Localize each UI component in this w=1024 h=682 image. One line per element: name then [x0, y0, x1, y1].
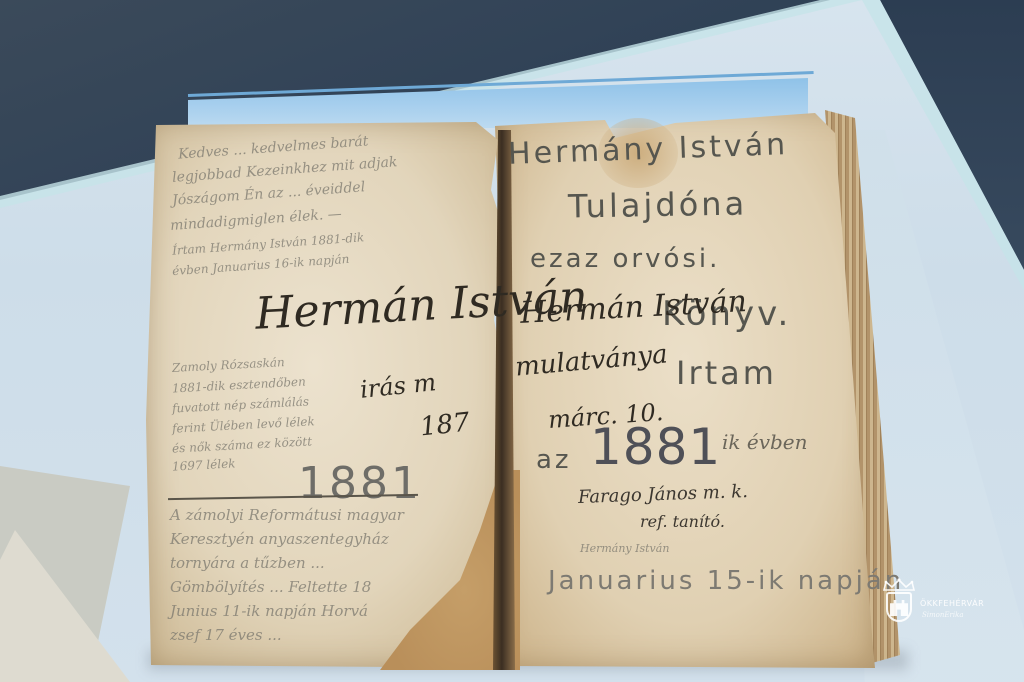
left-year: 1881: [298, 458, 422, 509]
year-suffix: ik évben: [722, 430, 808, 454]
watermark-credit: SimonErika: [922, 611, 964, 619]
bottom-line: Januarius 15-ik napján: [548, 566, 904, 596]
left-pencil-line: Keresztyén anyaszentegyház: [170, 530, 389, 548]
right-title-line: ezaz orvósi.: [530, 244, 720, 274]
year-prefix: az: [536, 445, 572, 475]
left-pencil-line: Junius 11-ik napján Horvá: [170, 602, 368, 620]
signature-teacher-title: ref. tanító.: [640, 512, 725, 531]
left-pencil-line: Gömbölyítés ... Feltette 18: [170, 578, 371, 596]
right-title-line: Tulajdóna: [568, 184, 748, 225]
right-year: 1881: [590, 418, 721, 476]
photo-scene: Kedves ... kedvelmes barát legjobbad Kez…: [0, 0, 1024, 682]
left-pencil-line: tornyára a tűzben ...: [170, 554, 325, 572]
crown-icon: [882, 578, 916, 592]
ink-year-fragment: 187: [419, 407, 472, 442]
left-pencil-line: zsef 17 éves ...: [170, 626, 282, 644]
signature-owner: Hermány István: [580, 542, 669, 555]
left-pencil-line: A zámolyi Reformátusi magyar: [170, 506, 404, 524]
watermark-logo: ÖKKFEHÉRVÁR SimonErika: [880, 578, 1000, 628]
irtam-text: Irtam: [676, 354, 777, 392]
watermark-title: ÖKKFEHÉRVÁR: [920, 599, 984, 608]
